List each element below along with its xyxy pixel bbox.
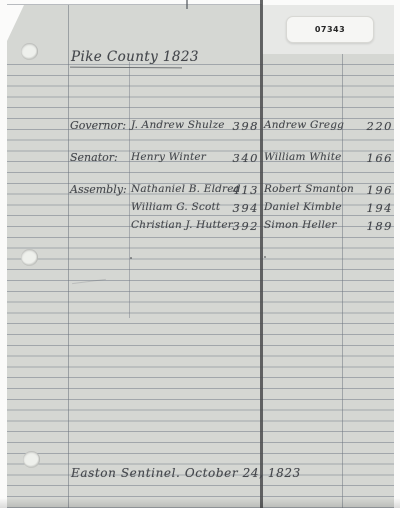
pencil-dot (264, 256, 266, 258)
candidate2-name: Daniel Kimble (264, 201, 342, 213)
record-row-assembly-1: Assembly: Nathaniel B. Eldred 413 Robert… (0, 183, 400, 198)
catalog-number: 07343 (315, 25, 345, 34)
candidate1-votes: 413 (218, 183, 259, 197)
punch-hole-middle (21, 249, 38, 266)
pencil-dot (130, 257, 132, 259)
candidate2-name: Andrew Gregg (264, 119, 344, 131)
center-divider-line (260, 0, 263, 508)
record-row-assembly-3: Christian J. Hutter 392 Simon Heller 189 (0, 219, 400, 234)
candidate1-votes: 340 (218, 151, 259, 165)
top-edge-line (7, 4, 262, 5)
candidate2-name: William White (264, 151, 342, 163)
candidate1-name: William G. Scott (131, 201, 220, 213)
record-row-senator: Senator: Henry Winter 340 William White … (0, 151, 400, 166)
punch-hole-top (21, 43, 38, 60)
candidate1-name: Henry Winter (131, 151, 206, 163)
record-row-assembly-2: William G. Scott 394 Daniel Kimble 194 (0, 201, 400, 216)
office-label: Senator: (70, 151, 118, 164)
candidate2-votes: 196 (354, 183, 393, 197)
scan-bottom-shadow (0, 498, 400, 508)
candidate2-votes: 189 (354, 219, 393, 233)
candidate2-votes: 194 (354, 201, 393, 215)
scan-artifact-tick (186, 0, 188, 9)
candidate1-votes: 392 (218, 219, 259, 233)
office-label: Governor: (70, 119, 126, 132)
office-label: Assembly: (70, 183, 127, 196)
left-margin-line (68, 5, 69, 508)
candidate1-votes: 398 (218, 119, 259, 133)
candidate1-votes: 394 (218, 201, 259, 215)
catalog-sticker: 07343 (286, 16, 374, 43)
page-title: Pike County 1823 (71, 49, 199, 65)
candidate1-name: J. Andrew Shulze (131, 119, 225, 131)
source-citation: Easton Sentinel. October 24, 1823 (71, 466, 301, 480)
candidate2-name: Robert Smanton (264, 183, 354, 195)
candidate2-votes: 220 (354, 119, 393, 133)
candidate2-name: Simon Heller (264, 219, 337, 231)
record-row-governor: Governor: J. Andrew Shulze 398 Andrew Gr… (0, 119, 400, 134)
candidate2-votes: 166 (354, 151, 393, 165)
title-underline (70, 66, 182, 68)
punch-hole-bottom (23, 451, 40, 468)
